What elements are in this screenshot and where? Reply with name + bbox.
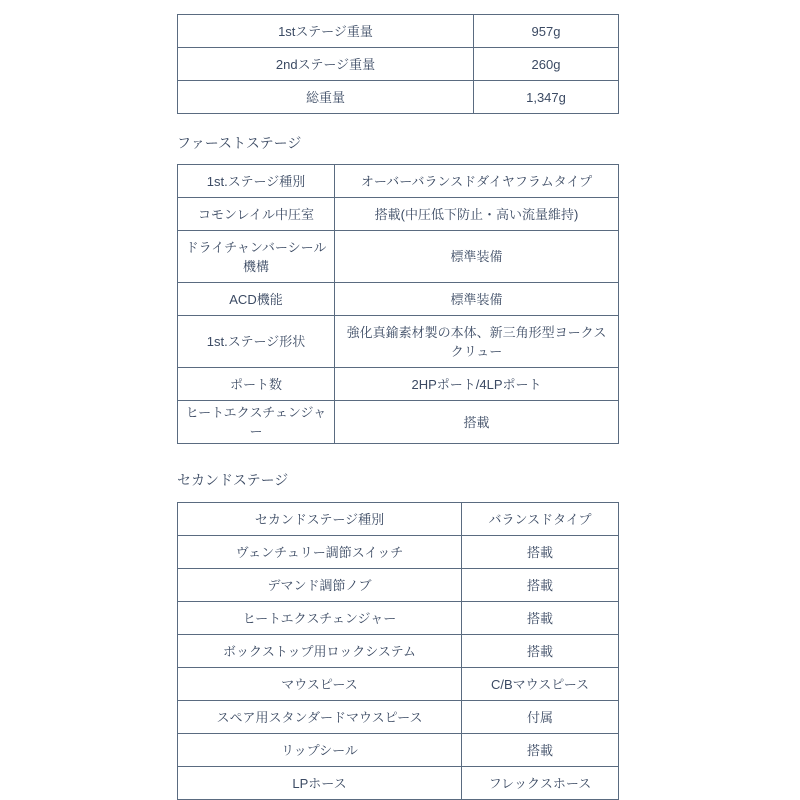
spec-value-cell: 搭載 — [462, 536, 619, 569]
spec-label-cell: ヒートエクスチェンジャー — [178, 401, 335, 444]
table-row: ヒートエクスチェンジャー 搭載 — [178, 602, 619, 635]
spec-content: 1stステージ重量 957g 2ndステージ重量 260g 総重量 1,347g… — [177, 14, 618, 800]
second-stage-table: セカンドステージ種別 バランスドタイプ ヴェンチュリー調節スイッチ 搭載 デマン… — [177, 502, 619, 800]
spec-value-cell: 260g — [474, 48, 619, 81]
spec-value-cell: 搭載 — [462, 569, 619, 602]
spec-label-cell: スペア用スタンダードマウスピース — [178, 701, 462, 734]
spec-label-cell: ドライチャンバーシール機構 — [178, 231, 335, 283]
spec-label-cell: 1stステージ重量 — [178, 15, 474, 48]
table-row: ドライチャンバーシール機構 標準装備 — [178, 231, 619, 283]
table-row: デマンド調節ノブ 搭載 — [178, 569, 619, 602]
table-row: 1st.ステージ形状 強化真鍮素材製の本体、新三角形型ヨークスクリュー — [178, 316, 619, 368]
spec-value-cell: バランスドタイプ — [462, 503, 619, 536]
spec-label-cell: ヒートエクスチェンジャー — [178, 602, 462, 635]
spec-value-cell: 強化真鍮素材製の本体、新三角形型ヨークスクリュー — [335, 316, 619, 368]
table-row: コモンレイル中圧室 搭載(中圧低下防止・高い流量維持) — [178, 198, 619, 231]
weights-table: 1stステージ重量 957g 2ndステージ重量 260g 総重量 1,347g — [177, 14, 619, 114]
spec-value-cell: 標準装備 — [335, 283, 619, 316]
table-row: スペア用スタンダードマウスピース 付属 — [178, 701, 619, 734]
table-row: マウスピース C/Bマウスピース — [178, 668, 619, 701]
table-row: ACD機能 標準装備 — [178, 283, 619, 316]
spec-label-cell: ボックストップ用ロックシステム — [178, 635, 462, 668]
table-row: 総重量 1,347g — [178, 81, 619, 114]
table-row: 2ndステージ重量 260g — [178, 48, 619, 81]
table-row: ヒートエクスチェンジャー 搭載 — [178, 401, 619, 444]
table-row: 1st.ステージ種別 オーバーバランスドダイヤフラムタイプ — [178, 165, 619, 198]
table-row: セカンドステージ種別 バランスドタイプ — [178, 503, 619, 536]
spec-label-cell: 総重量 — [178, 81, 474, 114]
spec-value-cell: フレックスホース — [462, 767, 619, 800]
table-row: ヴェンチュリー調節スイッチ 搭載 — [178, 536, 619, 569]
spec-label-cell: ポート数 — [178, 368, 335, 401]
table-row: 1stステージ重量 957g — [178, 15, 619, 48]
first-stage-table: 1st.ステージ種別 オーバーバランスドダイヤフラムタイプ コモンレイル中圧室 … — [177, 164, 619, 444]
spec-label-cell: LPホース — [178, 767, 462, 800]
spec-label-cell: 1st.ステージ種別 — [178, 165, 335, 198]
spec-label-cell: リップシール — [178, 734, 462, 767]
spec-label-cell: デマンド調節ノブ — [178, 569, 462, 602]
spec-label-cell: セカンドステージ種別 — [178, 503, 462, 536]
spec-value-cell: 搭載 — [462, 602, 619, 635]
table-row: LPホース フレックスホース — [178, 767, 619, 800]
table-row: リップシール 搭載 — [178, 734, 619, 767]
spec-value-cell: オーバーバランスドダイヤフラムタイプ — [335, 165, 619, 198]
spec-label-cell: マウスピース — [178, 668, 462, 701]
spec-label-cell: 2ndステージ重量 — [178, 48, 474, 81]
spec-value-cell: 搭載 — [335, 401, 619, 444]
second-stage-heading: セカンドステージ — [177, 470, 618, 490]
spec-value-cell: 搭載 — [462, 734, 619, 767]
spec-value-cell: C/Bマウスピース — [462, 668, 619, 701]
table-row: ポート数 2HPポート/4LPポート — [178, 368, 619, 401]
spec-value-cell: 付属 — [462, 701, 619, 734]
spec-value-cell: 957g — [474, 15, 619, 48]
spec-value-cell: 搭載(中圧低下防止・高い流量維持) — [335, 198, 619, 231]
spec-value-cell: 2HPポート/4LPポート — [335, 368, 619, 401]
spec-value-cell: 標準装備 — [335, 231, 619, 283]
table-row: ボックストップ用ロックシステム 搭載 — [178, 635, 619, 668]
spec-value-cell: 1,347g — [474, 81, 619, 114]
spec-label-cell: ヴェンチュリー調節スイッチ — [178, 536, 462, 569]
spec-value-cell: 搭載 — [462, 635, 619, 668]
spec-label-cell: ACD機能 — [178, 283, 335, 316]
first-stage-heading: ファーストステージ — [177, 133, 618, 153]
spec-label-cell: 1st.ステージ形状 — [178, 316, 335, 368]
spec-label-cell: コモンレイル中圧室 — [178, 198, 335, 231]
